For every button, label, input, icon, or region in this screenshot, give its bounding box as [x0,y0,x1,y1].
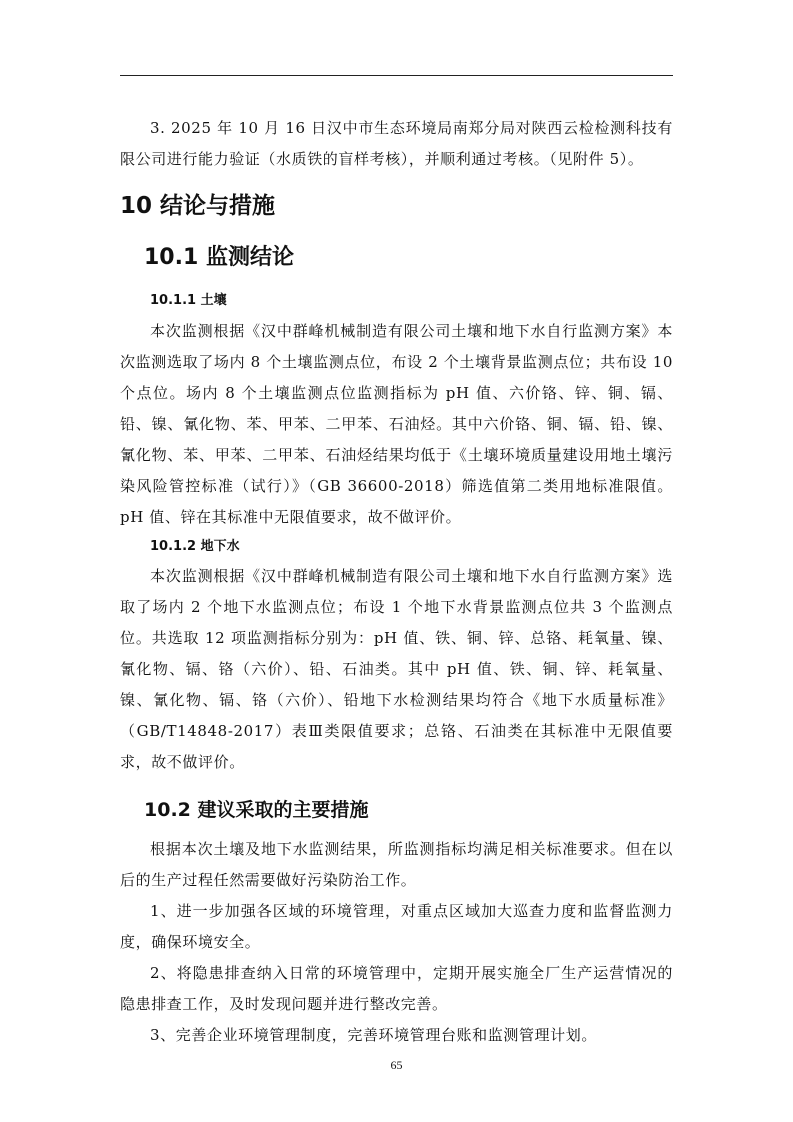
page-number: 65 [0,1058,793,1073]
measures-intro-paragraph: 根据本次土壤及地下水监测结果，所监测指标均满足相关标准要求。但在以后的生产过程任… [120,834,673,896]
intro-paragraph: 3. 2025 年 10 月 16 日汉中市生态环境局南郑分局对陕西云检检测科技… [120,113,673,175]
section-10-heading: 10 结论与措施 [120,186,673,226]
measure-item-3: 3、完善企业环境管理制度，完善环境管理台账和监测管理计划。 [120,1020,673,1051]
groundwater-conclusion-paragraph: 本次监测根据《汉中群峰机械制造有限公司土壤和地下水自行监测方案》选取了场内 2 … [120,561,673,778]
soil-conclusion-paragraph: 本次监测根据《汉中群峰机械制造有限公司土壤和地下水自行监测方案》本次监测选取了场… [120,316,673,533]
section-10-1-heading: 10.1 监测结论 [144,238,673,278]
measure-item-2: 2、将隐患排查纳入日常的环境管理中，定期开展实施全厂生产运营情况的隐患排查工作，… [120,958,673,1020]
header-rule [120,75,673,76]
section-10-1-2-heading: 10.1.2 地下水 [150,533,673,561]
section-10-1-1-heading: 10.1.1 土壤 [150,286,673,316]
section-10-2-heading: 10.2 建议采取的主要措施 [144,792,673,828]
page-content: 3. 2025 年 10 月 16 日汉中市生态环境局南郑分局对陕西云检检测科技… [120,113,673,1051]
measure-item-1: 1、进一步加强各区域的环境管理，对重点区域加大巡查力度和监督监测力度，确保环境安… [120,896,673,958]
